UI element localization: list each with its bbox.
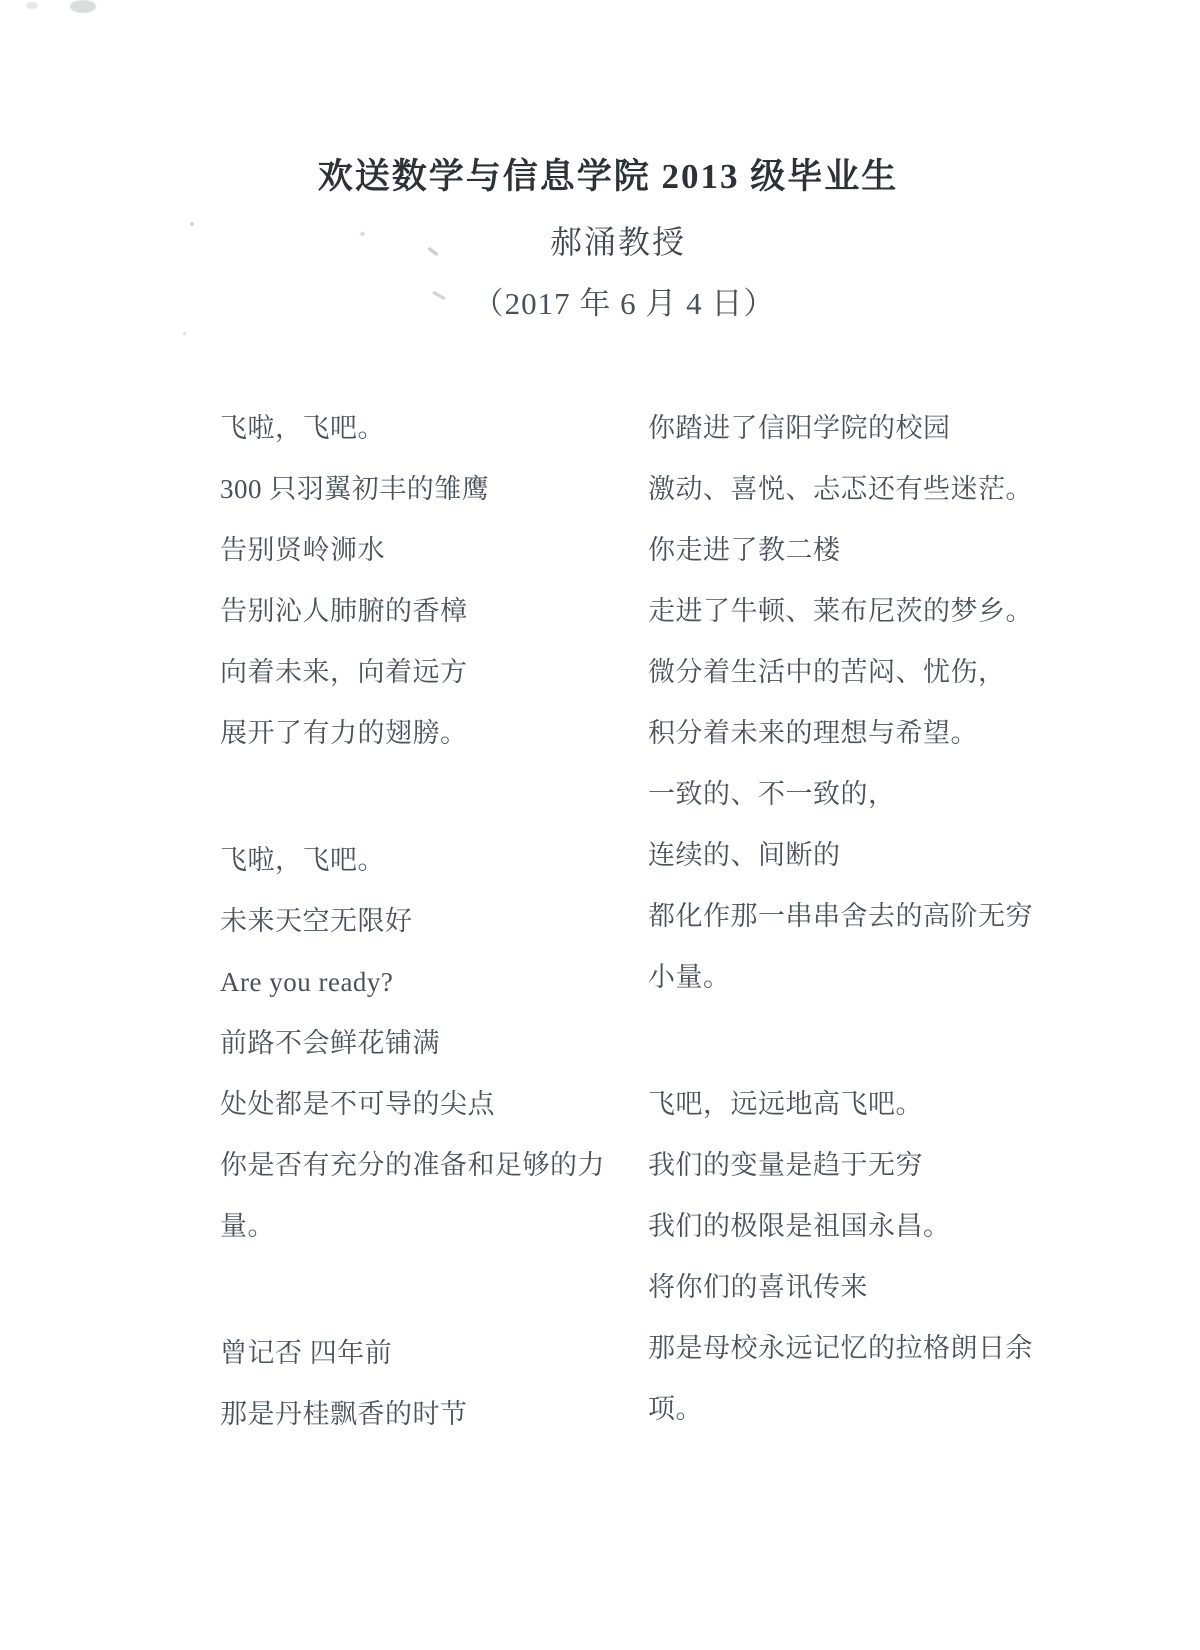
poem-line: 微分着生活中的苦闷、忧伤， [648, 642, 1088, 703]
poem-line: 告别沁人肺腑的香樟 [220, 581, 635, 642]
poem-line: 我们的极限是祖国永昌。 [648, 1196, 1088, 1257]
poem-line: 你踏进了信阳学院的校园 [648, 398, 1088, 459]
poem-line: 飞吧，远远地高飞吧。 [648, 1074, 1088, 1135]
poem-stanza: 飞吧，远远地高飞吧。我们的变量是趋于无穷我们的极限是祖国永昌。将你们的喜讯传来那… [648, 1074, 1088, 1440]
poem-line: 一致的、不一致的， [648, 764, 1088, 825]
poem-column-left: 飞啦，飞吧。300 只羽翼初丰的雏鹰告别贤岭浉水告别沁人肺腑的香樟向着未来，向着… [220, 398, 635, 1445]
poem-line: 那是母校永远记忆的拉格朗日余 [648, 1318, 1088, 1379]
poem-stanza: 飞啦，飞吧。300 只羽翼初丰的雏鹰告别贤岭浉水告别沁人肺腑的香樟向着未来，向着… [220, 398, 635, 764]
poem-line: 小量。 [648, 947, 1088, 1008]
poem-line: 走进了牛顿、莱布尼茨的梦乡。 [648, 581, 1088, 642]
poem-stanza: 曾记否 四年前那是丹桂飘香的时节 [220, 1323, 635, 1445]
poem-line: 告别贤岭浉水 [220, 520, 635, 581]
poem-line: 积分着未来的理想与希望。 [648, 703, 1088, 764]
poem-line: 前路不会鲜花铺满 [220, 1013, 635, 1074]
document-author: 郝涌教授 [18, 217, 1200, 263]
poem-line: 你是否有充分的准备和足够的力 [220, 1135, 635, 1196]
poem-line: 我们的变量是趋于无穷 [648, 1135, 1088, 1196]
poem-line: 激动、喜悦、忐忑还有些迷茫。 [648, 459, 1088, 520]
scan-artifact [190, 222, 194, 226]
poem-line: 飞啦，飞吧。 [220, 398, 635, 459]
poem-line: Are you ready? [220, 952, 635, 1013]
poem-column-right: 你踏进了信阳学院的校园激动、喜悦、忐忑还有些迷茫。你走进了教二楼走进了牛顿、莱布… [648, 398, 1088, 1440]
poem-line: 飞啦，飞吧。 [220, 830, 635, 891]
poem-stanza: 你踏进了信阳学院的校园激动、喜悦、忐忑还有些迷茫。你走进了教二楼走进了牛顿、莱布… [648, 398, 1088, 1008]
scan-artifact [360, 232, 365, 236]
poem-line: 连续的、间断的 [648, 825, 1088, 886]
scan-artifact [183, 332, 186, 335]
poem-line: 那是丹桂飘香的时节 [220, 1384, 635, 1445]
poem-line: 展开了有力的翅膀。 [220, 703, 635, 764]
document-date: （2017 年 6 月 4 日） [24, 278, 1200, 323]
poem-line: 向着未来，向着远方 [220, 642, 635, 703]
poem-line: 项。 [648, 1379, 1088, 1440]
poem-line: 都化作那一串串舍去的高阶无穷 [648, 886, 1088, 947]
document-title: 欢送数学与信息学院 2013 级毕业生 [8, 149, 1200, 199]
scanned-document-page: 欢送数学与信息学院 2013 级毕业生 郝涌教授 （2017 年 6 月 4 日… [0, 0, 1200, 1650]
poem-line: 处处都是不可导的尖点 [220, 1074, 635, 1135]
poem-stanza: 飞啦，飞吧。未来天空无限好Are you ready?前路不会鲜花铺满处处都是不… [220, 830, 635, 1257]
poem-line: 300 只羽翼初丰的雏鹰 [220, 459, 635, 520]
poem-line: 未来天空无限好 [220, 891, 635, 952]
poem-line: 将你们的喜讯传来 [648, 1257, 1088, 1318]
scan-artifact [70, 0, 96, 13]
scan-artifact [26, 2, 38, 9]
poem-line: 量。 [220, 1196, 635, 1257]
poem-line: 曾记否 四年前 [220, 1323, 635, 1384]
poem-line: 你走进了教二楼 [648, 520, 1088, 581]
